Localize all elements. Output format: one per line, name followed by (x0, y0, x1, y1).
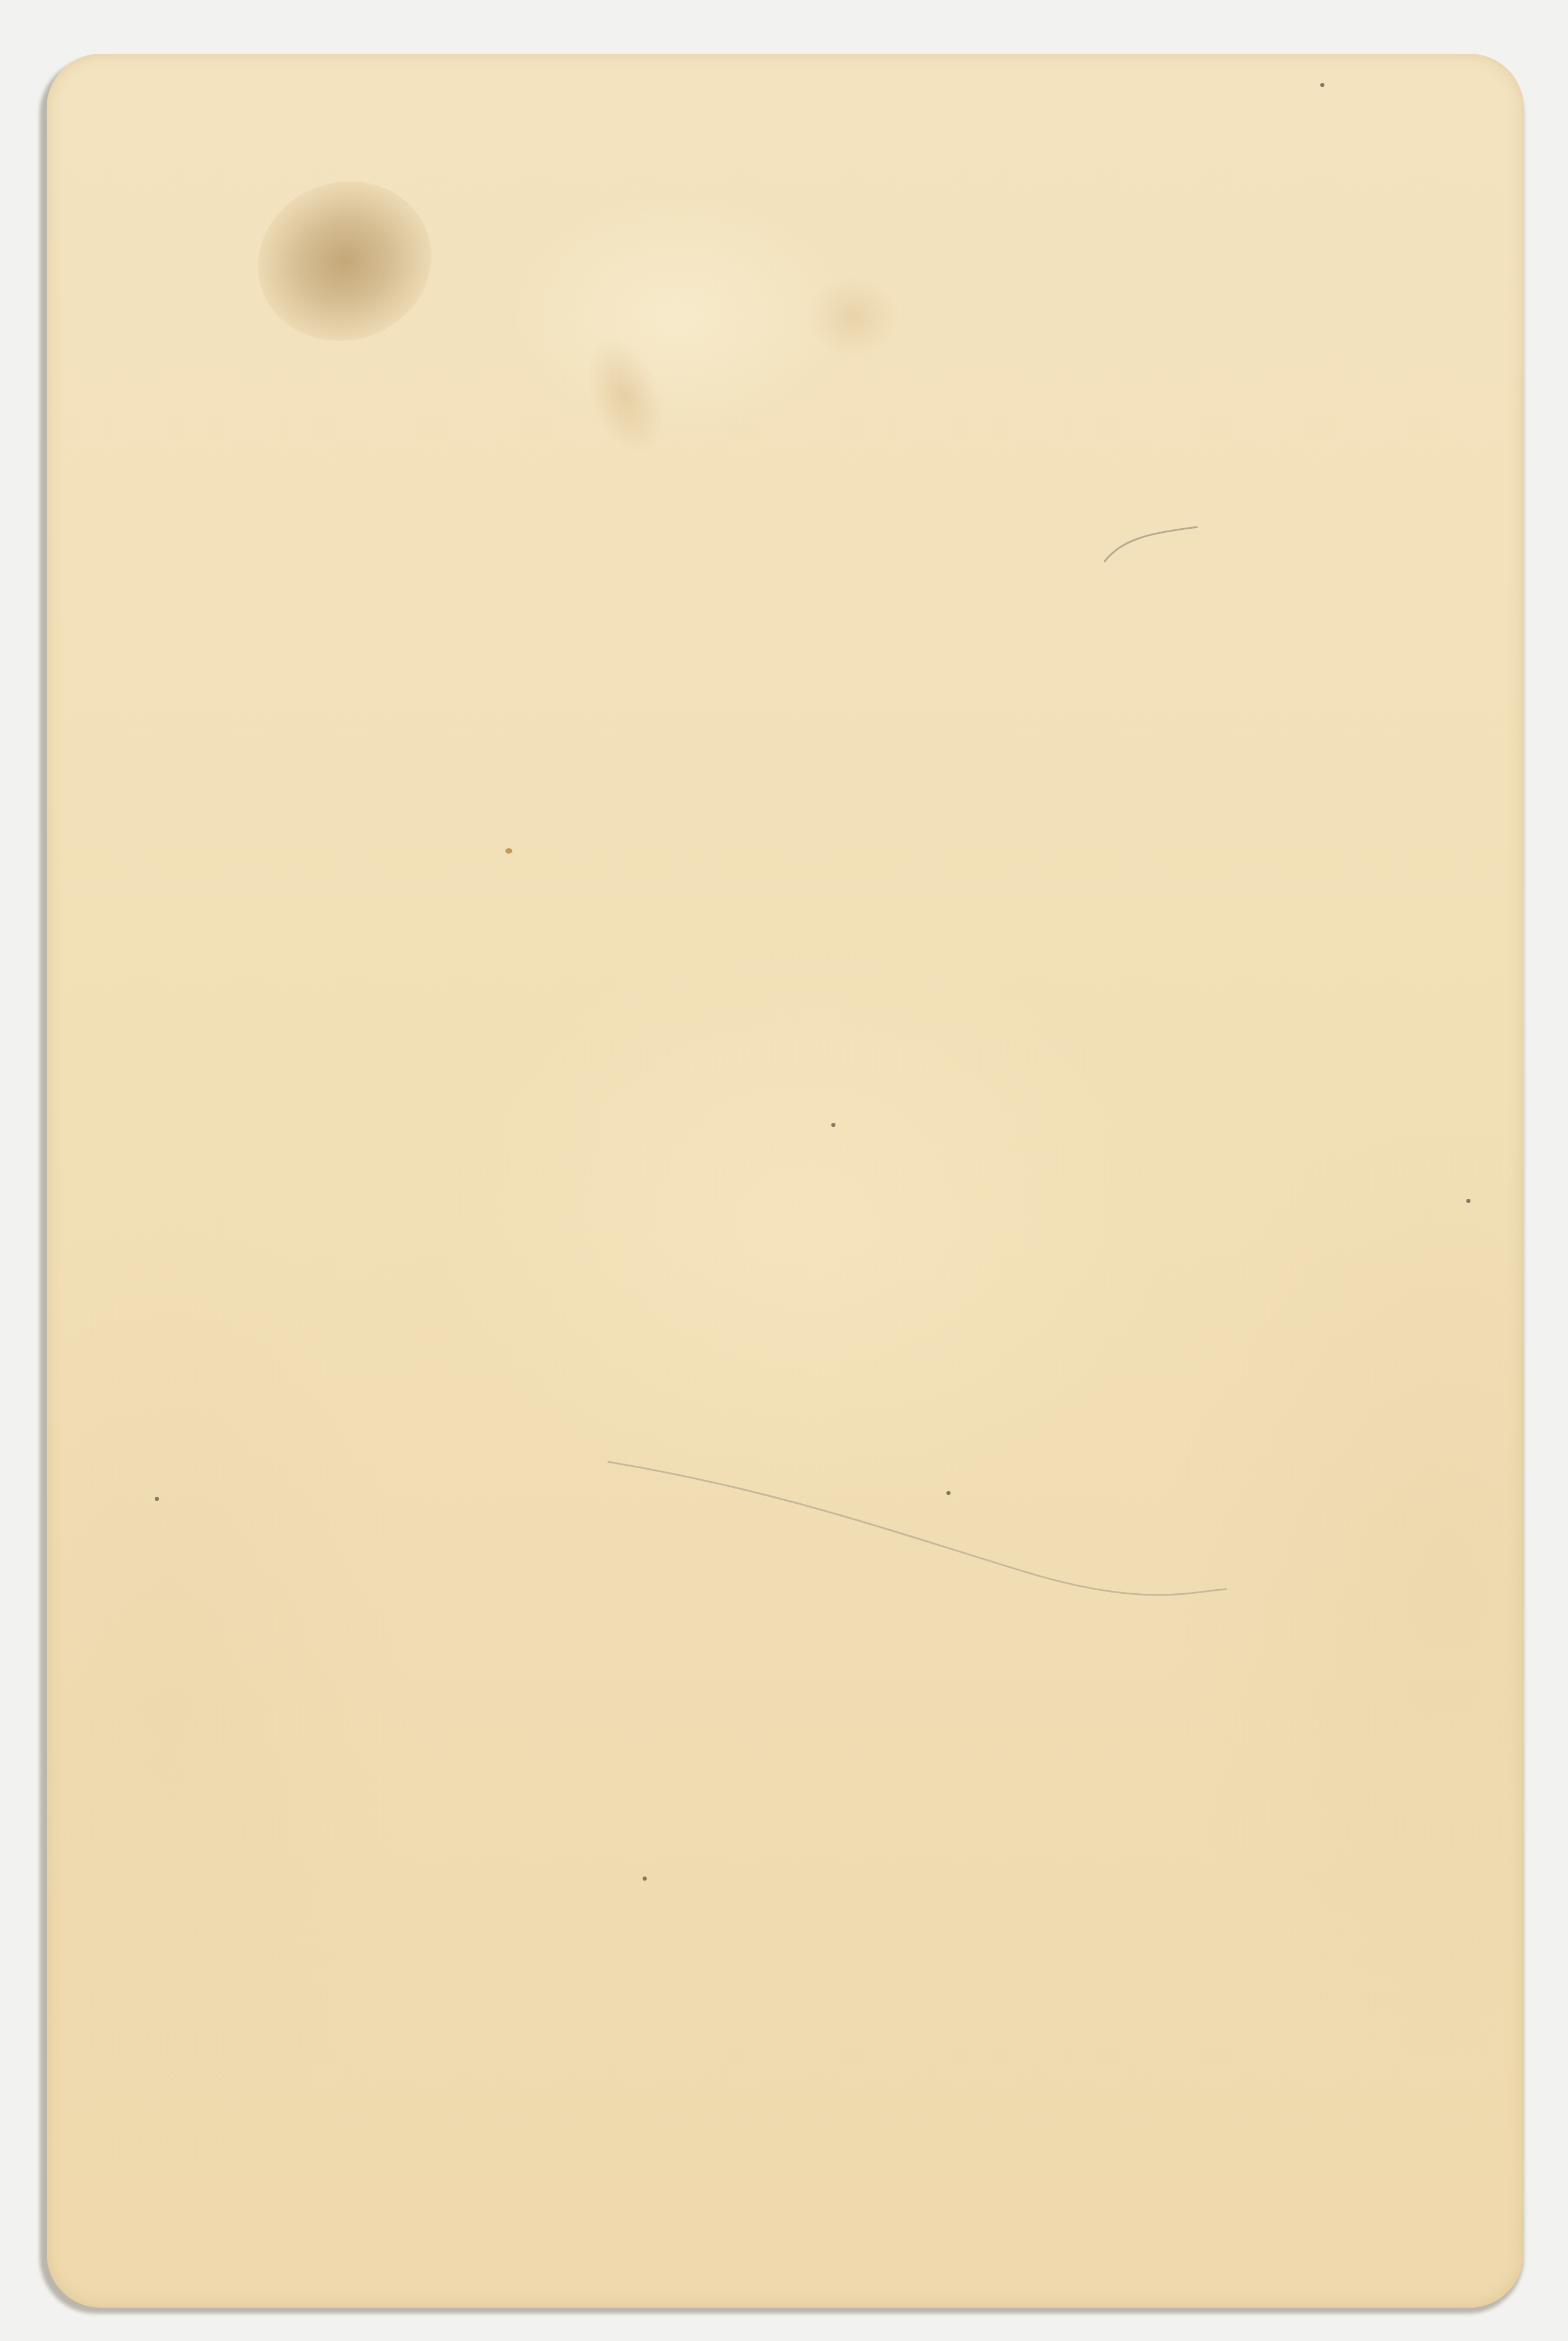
dust-speck (155, 1497, 159, 1501)
dust-speck (1466, 1199, 1470, 1203)
scan-background (0, 0, 1568, 2341)
dust-speck (643, 1877, 647, 1881)
faint-scratch (1104, 521, 1198, 568)
dust-speck (1320, 83, 1324, 87)
faint-stain (571, 326, 679, 465)
faint-pencil-line (608, 1456, 1227, 1596)
dust-speck (946, 1491, 950, 1495)
faint-stain (806, 276, 900, 358)
fingerprint-smudge (237, 159, 453, 363)
foxing-spot (505, 848, 512, 854)
aged-card-back (47, 54, 1524, 2308)
dust-speck (831, 1123, 835, 1127)
